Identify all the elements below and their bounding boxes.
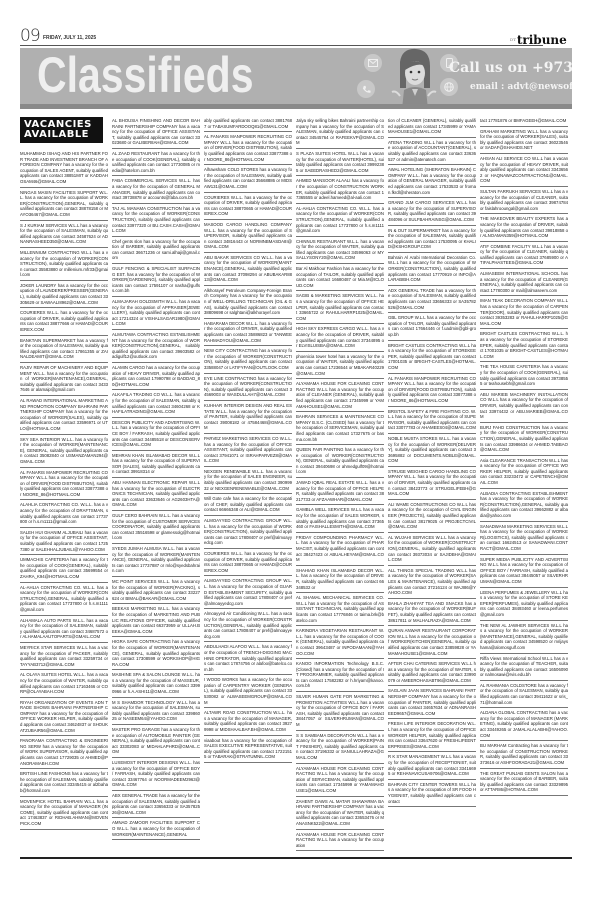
classified-ad: AL-AHLIA CONTRACTING CO. W.L.L. has a va… — [296, 205, 384, 237]
classified-ad: BAHRAIN CITY CENTER TOWERS W.L.L has a v… — [388, 781, 476, 807]
classified-ad: KANOO INFORMATION Technology B.S.C. (Clo… — [296, 660, 384, 692]
classified-ad: ALMAJARAH GOLDSMITH W.L.L. has a vacancy… — [112, 298, 200, 330]
bottom-divider — [20, 857, 572, 859]
classified-ad: QUEEN FAIR PAINTING has a vacancy for th… — [296, 446, 384, 478]
classified-ad: LUXEMOST INTERIOR DESIGNS W.L.L. has a v… — [112, 759, 200, 791]
brand-prefix: DT — [510, 37, 516, 42]
classified-ad: ALMOAYYED CONTRACTING GROUP W.L.L. has a… — [204, 517, 292, 549]
classified-ad: ABX GENERAL TRADE has a vacancy for the … — [112, 792, 200, 818]
classified-ad: tion of CLEANER (GENERAL), suitably qual… — [388, 117, 476, 138]
classified-ad: SUPER MEDIA PUBLICITY AND ADVERTISING W.… — [480, 556, 568, 588]
classified-ad: AL BHOUSIA FINISHING AND DECOR BAHRAINI … — [112, 117, 200, 149]
classified-ad: AL RAWAD INTERNATIONAL MARKETING AND PRO… — [20, 397, 108, 435]
classified-ad: AWAL HOTELING (SHERATON BAHRAIN) COMPANY… — [388, 166, 476, 198]
classified-ad: TAJ AL MANAMA CONSTRUCTION has a vacancy… — [112, 205, 200, 237]
ad-list: AL BHOUSIA FINISHING AND DECOR BAHRAINI … — [112, 117, 200, 840]
classified-ad: SALEH HUI GHANIM ALJUBAILI has a vacancy… — [20, 529, 108, 555]
page-header: 09 FRIDAY, JULY 11, 2025 — [20, 26, 272, 46]
classified-ad: HABARAMA DECOR W.L.L. has a vacancy for … — [204, 320, 292, 346]
classified-ad: JAWAD IQBAL REAL ESTATE W.L.L. has a vac… — [296, 479, 384, 505]
classified-ad: ALAMIN CARGO has a vacancy for the occup… — [112, 364, 200, 390]
classified-ad: MEYRICK STAR SERVICES W.L.L has a vacanc… — [20, 644, 108, 670]
classified-ad: MASTER PRO GARAGE has a vacancy for the … — [112, 726, 200, 758]
classified-ad: ATENA TRADING W.L.L has a vacancy for th… — [388, 139, 476, 165]
classified-ad: Jalya sky selling bikes Bahraini partner… — [296, 117, 384, 149]
classified-ad: BEEKAS MARKETING W.L.L. has a vacancy fo… — [112, 605, 200, 637]
classified-ad: ATIF COMBINE FACILITY W.L.L has a vacanc… — [480, 243, 568, 269]
classified-ad: MEHRAN KHAN ISLAMABAD DECOR W.L.L has a … — [112, 452, 200, 478]
header-divider-right — [272, 45, 543, 46]
classified-ad: HIGH SKY EXPRESS CARGO W.L.L. has a vaca… — [296, 325, 384, 351]
classified-ad: tact 17781876 or BMFAGEEH@GMAIL.COM — [480, 117, 568, 127]
classified-ad: HIGRA SAFE CONTRACTING has a vacancy for… — [112, 638, 200, 670]
classified-ad: COURIEREX W.L.L. has a vacancy for the o… — [20, 309, 108, 335]
classified-ad: MILLENNIUM CONTRACTING W.L.L has a vacan… — [20, 249, 108, 281]
classified-ad: SKY SEA INTERIOR W.L.L. has a vacancy fo… — [20, 436, 108, 468]
banner-title: Classifieds — [37, 48, 253, 104]
classified-ad: ALMASEEM INTERNATIONAL SCHOOL has a vaca… — [480, 270, 568, 296]
classified-ad: MUHAMMAD ISHAQ AND HIS PARTNER FOR TRADE… — [20, 150, 108, 188]
heading-line-2: AVAILABLE — [24, 130, 99, 140]
classified-ad: Bahrain Al Arabi International Decoratio… — [388, 254, 476, 286]
classified-ad: NOBLE MUSTA STORES W.L.L. has a vacancy … — [388, 435, 476, 467]
classified-ad: Bar Al Makhour Fashion has a vacancy for… — [296, 265, 384, 291]
classified-columns: VACANCIES AVAILABLE MUHAMMAD ISHAQ AND H… — [20, 117, 599, 857]
classified-ad: ALDANA GLOBAL CONTRACTING has a vacancy … — [480, 709, 568, 741]
classified-ad: COURIEREX W.L.L. has a vacancy for the o… — [204, 550, 292, 576]
classified-ad: MASHINE SPA & SALON LOUNGE W.L.L. has a … — [112, 671, 200, 697]
classified-ad: ALTAWR ROAD CONSTRUCTION W.L.L. has a va… — [204, 709, 292, 735]
ad-list: ably qualified applicants can contact 38… — [204, 117, 292, 763]
classified-ad: THE GREAT PUNJAB GENTS SALON has a vacan… — [480, 770, 568, 796]
classified-ad: IN & OUT SUPERMARKET has a vacancy for t… — [388, 227, 476, 253]
classified-ad: ably qualified applicants can contact 38… — [204, 117, 292, 132]
classified-ad: GBL GROUP W.L.L has a vacancy for the oc… — [388, 314, 476, 340]
classified-ad: PARVEZ MARKETING SERVICES CO W.L.L. has … — [204, 435, 292, 467]
page-date: FRIDAY, JULY 11, 2025 — [43, 35, 96, 41]
classified-ad: BRITISH LINE FASHIONS has a vacancy for … — [20, 770, 108, 796]
classified-ad: AHMED MANSOOR ALAALI has a vacancy for t… — [296, 177, 384, 203]
classified-ad: IMAN TEAK DECORATION COMPANY W.L.L has a… — [480, 297, 568, 329]
classified-ad: SULTAN FARRUKH SERVICES W.L.L has a vaca… — [480, 188, 568, 214]
classified-ad: AL FANARIS MANPOWER RECRUITING COMPANY W… — [204, 133, 292, 165]
classified-ad: viaabout has a vacancy for the occupatio… — [204, 737, 292, 763]
classified-ad: ALYAMAMA HOUSE FOR CLEANING CONTRACTING … — [296, 380, 384, 412]
classified-ad: Alhawsham COLD STORES has a vacancy for … — [204, 166, 292, 192]
classified-ad: Will Gote cafe has a vacancy for the occ… — [204, 495, 292, 516]
classified-ad: AL RAHMANIA COLDSTORE has a vacancy for … — [480, 682, 568, 708]
classified-ad: ALHAMALA AUTO PARTS W.L.L. has a vacancy… — [20, 617, 108, 643]
classified-ad: SYEDS JUMAH ALMUSA W.L.L. has a vacancy … — [112, 545, 200, 577]
ad-list: Jalya sky selling bikes Bahraini partner… — [296, 117, 384, 851]
classified-ad: RIYAH ORGANIZATION OF EVENTS ADN TRADE S… — [20, 699, 108, 737]
classified-ad: AL FANARIS MANPOWER RECRUITING COMPANY W… — [388, 375, 476, 407]
classified-ad: ALMOAYYED CONTRACTING GROUP W.L.L. has a… — [204, 577, 292, 609]
classified-ad: Alkhorayef Petroleum Company-Foreign Bra… — [204, 287, 292, 319]
classified-ad: FRESH LIFE INTERIOR DECORATION W.L.L has… — [388, 720, 476, 752]
classified-ad: AL OLAYA SUITES HOTEL W.L.L. has a vacan… — [20, 671, 108, 697]
classified-ad: ABDULHADI ALAFOO W.L.L. has a vacancy fo… — [204, 643, 292, 675]
classified-ad: LEENA PERFUMES & JEWELLERY W.L.L has a v… — [480, 589, 568, 621]
classified-ad: phoenicia tower hotel has a vacancy for … — [296, 353, 384, 379]
classified-ad: I WOOD WORKS has a vacancy for the occup… — [204, 676, 292, 708]
classified-ad: ZAHENT OAWS AL MATAR SHAWARMA BAHRAINI P… — [296, 798, 384, 830]
classified-ad: AL FANARIS MANPOWER RECRUITING COMPANY W… — [20, 469, 108, 501]
phone-icon — [357, 80, 375, 98]
globe-icon — [440, 78, 458, 96]
classified-ad: ALL THINGS SPECIAL TRADING W.L.L has a v… — [388, 567, 476, 599]
classified-ad: FABA COMMERCIAL SERVICES W.L.L. has a va… — [112, 177, 200, 203]
classified-ad: COURIEREX W.L.L. has a vacancy for the o… — [204, 194, 292, 220]
classified-ad: S PLAZA SUITES HOTEL W.L.L has a vacancy… — [296, 150, 384, 176]
classified-ad: AMNAD ZAMOOR FACILITIES SUPPORT CO W.L.L… — [112, 819, 200, 840]
ad-list: tact 17781876 or BMFAGEEH@GMAIL.COMGRAHA… — [480, 117, 568, 796]
classified-ad: MASOOD CARGO HANDLING COMPANY W.L.L. has… — [204, 221, 292, 253]
classified-ad: Almoayyed Air Conditioning W.L.L. has a … — [204, 610, 292, 642]
classified-ad: BANKTAIN SUPERMARKET has a vacancy for t… — [20, 337, 108, 363]
classified-ad: GULF CERO BAHRAIN W.L.L. has a vacancy f… — [112, 512, 200, 544]
classified-ad: SAGIB & MARKETING SERVICES W.L.L. has a … — [296, 292, 384, 324]
brand-name: tribune — [517, 33, 567, 47]
classified-ad: ALMUTAWA CONTRACTING ESTABLISHMENT has a… — [112, 331, 200, 363]
classified-ad: AL WUJAHI SERVICES W.L.L has a vacancy f… — [388, 534, 476, 566]
classified-ad: KUHHAR INTERIOR DESIGN AND REAL ESTATE W… — [204, 402, 292, 434]
classified-ad: AL SHAMAL MECHANICAL SERVICES CO. W.L.L … — [296, 594, 384, 626]
classified-ad: ALYAMAMA HOUSE FOR CLEANING CONTRACTING … — [296, 765, 384, 797]
classified-ad: STRUGE WEIGHED CARGO HANDLING COMPANY W.… — [388, 468, 476, 500]
classified-ad: Asia CLEARANCE TRANSACTION W.L.L has a v… — [480, 457, 568, 489]
classified-ad: MC POINT SERVICES W.L.L. has a vacancy f… — [112, 578, 200, 604]
classified-ad: BRIGHT CASTLES CONTRACTING W.L.L has a v… — [388, 342, 476, 374]
classified-ad: S J KURIAM SERVICES W.L.L has a vacancy … — [20, 222, 108, 248]
classified-ad: SILVER HUMAN GATE FOR MARKETING & PROMOT… — [296, 693, 384, 731]
classified-ad: MOVENPICK HOTEL BAHRAIN W.L.L has a vaca… — [20, 798, 108, 830]
classified-ad: THE MAKEOVER BEAUTY EXPERTS has a vacanc… — [480, 215, 568, 241]
classified-ad: THE TEA HOUSE CAFETERIA has a vacancy fo… — [480, 363, 568, 389]
column-2: AL BHOUSIA FINISHING AND DECOR BAHRAINI … — [112, 117, 200, 857]
classified-ad: PANORAMA CONTRACTING & ENGINEERING SERW … — [20, 737, 108, 769]
column-5: tion of CLEANER (GENERAL), suitably qual… — [388, 117, 476, 857]
classified-ad: R K STAR MANAGEMENT W.L.L has a vacancy … — [388, 753, 476, 779]
classified-ad: AL ZAAD RESTAURANT has a vacancy for the… — [112, 150, 200, 176]
classified-ad: ALI WAME CONSTRUCTIONS CO W.L.L has a va… — [388, 501, 476, 533]
email-icon — [364, 54, 382, 72]
classified-ad: GRAND JLM CARGO SERVICES W.L.L has a vac… — [388, 199, 476, 225]
classified-ad: JOKER LAUNDRY has a vacancy for the occu… — [20, 282, 108, 308]
classified-ad: KARINDRA VEGETARIAN RESTAURANT W.L.L. ha… — [296, 627, 384, 659]
call-us-phone[interactable]: Call us on +973 36458394 — [449, 60, 572, 76]
classified-ad: ALYAMAMA HOUSE FOR CLEANING CONTRACTING … — [296, 831, 384, 852]
classified-ad: GRAHAM MARKETING W.L.L has a vacancy for… — [480, 128, 568, 154]
vacancies-heading: VACANCIES AVAILABLE — [20, 117, 103, 143]
classified-ad: SANADWANI MARKETING SERVICES W.L.L has a… — [480, 523, 568, 555]
classified-ad: M S SHAMDOR TECHNOLOGY W.L.L has a vacan… — [112, 699, 200, 725]
classified-ad: RAJIV REPAIR OF MACHINERY AND EQUIPMENT … — [20, 364, 108, 396]
classified-ad: BU MARHAM Contracting has a vacancy for … — [480, 742, 568, 768]
classifieds-banner: Classifieds Call us on +973 36458394 ema… — [20, 48, 572, 109]
classified-ad: CHINNUS RESTAURANT W.L.L. has a vacancy … — [296, 238, 384, 264]
classified-ad: ADX GENERAL TRADE has a vacancy for the … — [388, 287, 476, 313]
classified-ad: THE NEW AL JAWHER SERVICES W.L.L has a v… — [480, 622, 568, 654]
classified-ad: AHSAN ALI SERVICE CO W.L.L has a vacancy… — [480, 155, 568, 187]
classified-ad: ABU MARIEB MACHINERY INSTALLATION CO W.L… — [480, 391, 568, 423]
classified-ad: ABU HANNAN ELECTRONIC REPAIR W.L.L has a… — [112, 479, 200, 511]
classified-ad: QURAN ANWAR RESTAURANT CORPORATION W.L.L… — [388, 627, 476, 659]
classified-ad: NINGAS MASIN FACILITIES SUPPORT W.L.L. h… — [20, 189, 108, 221]
classified-ad: BRISTOL SAFETY & FIRE FIGHTING CO. W.L.L… — [388, 408, 476, 434]
column-4: Jalya sky selling bikes Bahraini partner… — [296, 117, 384, 857]
page-number: 09 — [20, 26, 40, 46]
classified-ad: AL-AHLIA CONTRACTING CO. W.L.L. has a va… — [20, 584, 108, 616]
classified-ad: Chef gents slon has a vacancy for the oc… — [112, 238, 200, 264]
classified-ad: FRIDAY COMPOUNDING PHARMACY W.L.L. has a… — [296, 534, 384, 566]
classified-ad: EYE LINE CONTRACTING has a vacancy for t… — [204, 375, 292, 401]
classified-ad: GAMBLA WELL SERVICES W.L.L has a vacancy… — [296, 506, 384, 532]
contact-email[interactable]: email : advt@newsofbahrain.com — [470, 82, 572, 92]
column-6: tact 17781876 or BMFAGEEH@GMAIL.COMGRAHA… — [480, 117, 568, 857]
ad-list: tion of CLEANER (GENERAL), suitably qual… — [388, 117, 476, 807]
brand-logo[interactable]: DTtribune — [510, 33, 567, 47]
classified-ad: UMMACHIS CAFETERIA has a vacancy for the… — [20, 556, 108, 582]
classified-ad: BAHLA ZHAHIYAT TEA AND SNACKS has a vaca… — [388, 600, 476, 626]
woman-illustration — [390, 48, 438, 109]
classified-ad: BURJ FAHD CONSTRUCTION has a vacancy for… — [480, 424, 568, 456]
banner-bottom-band — [20, 104, 572, 109]
column-1: VACANCIES AVAILABLE MUHAMMAD ISHAQ AND H… — [20, 117, 108, 857]
classified-ad: Riffa Views International School W.L.L h… — [480, 655, 568, 681]
classified-ad: ALAHLIA CONTRACTING CO. W.L.L. has a vac… — [20, 501, 108, 527]
classified-ad: SHAHIAD KHAN ISLAMABAD DECOR W.L.L. has … — [296, 567, 384, 593]
classified-ad: BRIGHT CASTLES CONTRACTING W.L.L. has a … — [480, 330, 568, 362]
classified-ad: NEXGEN RENEWABLE W.L.L. has a vacancy fo… — [204, 468, 292, 494]
classified-ad: ALKAFILA TRADING CO W.L.L. has a vacancy… — [112, 391, 200, 417]
header-divider — [20, 45, 272, 46]
classified-ad: S S SAMBAMA DECORATION W.L.L has a vacan… — [296, 732, 384, 764]
classified-ad: DESCON PUBLICITY AND ADVERTISING W.L.L. … — [112, 419, 200, 451]
classified-ad: NEW CITY CONTRACTING has a vacancy for t… — [204, 347, 292, 373]
ad-list: MUHAMMAD ISHAQ AND HIS PARTNER FOR TRADE… — [20, 150, 108, 830]
classified-ad: ALBADIA CONTRACTING ESTABLISHMENT has a … — [480, 490, 568, 522]
classified-ad: AFTER CHAI CATERING SERVICES W.L.L has a… — [388, 660, 476, 686]
classified-ad: ABU BAKAR SERVICES CO W.L.L. has a vacan… — [204, 254, 292, 286]
classified-ad: GULF FENCING & SPECIALIST SURFACING EST.… — [112, 265, 200, 297]
column-3: ably qualified applicants can contact 38… — [204, 117, 292, 857]
classified-ad: BAHRAIN SERVICES & MAINTENANCE COMPANY B… — [296, 413, 384, 445]
classified-ad: SAGLAIN JAAN SERVICES BAHRAINI PARTNERSH… — [388, 687, 476, 719]
